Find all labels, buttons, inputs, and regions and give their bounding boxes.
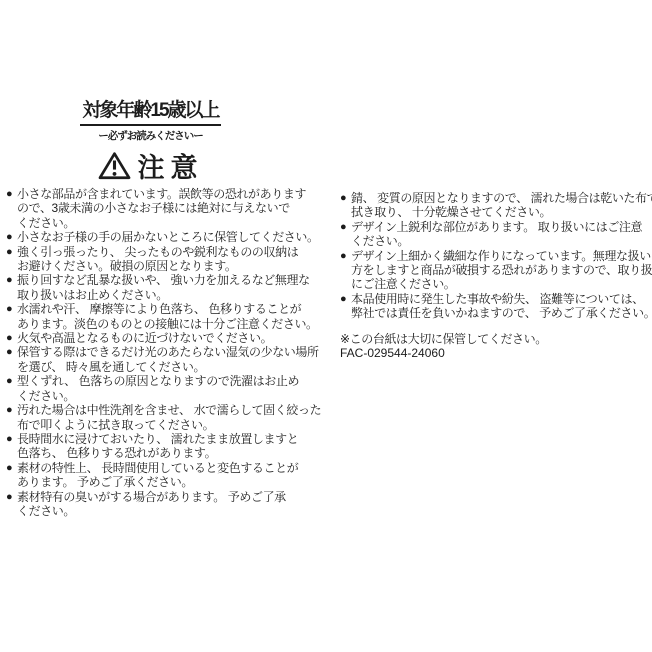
bullet-marker: ● [6,187,17,201]
warning-text: 小さなお子様の手の届かないところに保管してください。 [17,230,319,244]
caution-heading: 注意 [68,146,233,185]
bullet-marker: ● [340,249,351,263]
warning-item: ●素材の特性上、 長時間使用していると変色することがあります。 予めご了承くださ… [6,461,332,490]
warning-text: 型くずれ、 色落ちの原因となりますので洗濯はお止めください。 [17,374,299,403]
warning-text: 本品使用時に発生した事故や紛失、 盗難等については、弊社では責任を負いかねますの… [351,292,652,321]
warning-item: ●本品使用時に発生した事故や紛失、 盗難等については、弊社では責任を負いかねます… [340,292,652,321]
age-restriction-title: 対象年齢15歳以上 [68,95,233,126]
warning-item: ●振り回すなど乱暴な扱いや、 強い力を加えるなど無理な取り扱いはお止めください。 [6,273,332,302]
keep-note: ※この台紙は大切に保管してください。 [340,332,652,346]
warning-item: ●強く引っ張ったり、 尖ったものや鋭利なものの収納はお避けください。破損の原因と… [6,245,332,274]
bullet-marker: ● [340,220,351,234]
warning-item: ●デザイン上鋭利な部位があります。 取り扱いにはご注意ください。 [340,220,652,249]
warning-text: 錆、 変質の原因となりますので、 濡れた場合は乾いた布で拭き取り、 十分乾燥させ… [351,191,652,220]
bullet-marker: ● [6,403,17,417]
warning-text: 素材特有の臭いがする場合があります。 予めご了承ください。 [17,490,286,519]
warning-text: 長時間水に浸けておいたり、 濡れたまま放置しますと色落ち、 色移りする恐れがあり… [17,432,298,461]
warning-text: デザイン上細かく繊細な作りになっています。無理な扱い方をしますと商品が破損する恐… [351,249,652,292]
bullet-marker: ● [6,345,17,359]
warning-text: 火気や高温となるものに近づけないでください。 [17,331,272,345]
bullet-marker: ● [6,490,17,504]
warnings-right-list: ●錆、 変質の原因となりますので、 濡れた場合は乾いた布で拭き取り、 十分乾燥さ… [340,191,652,321]
warning-text: 汚れた場合は中性洗剤を含ませ、 水で濡らして固く絞った布で叩くように拭き取ってく… [17,403,321,432]
warning-item: ●水濡れや汗、 摩擦等により色落ち、 色移りすることがあります。淡色のものとの接… [6,302,332,331]
warning-item: ●型くずれ、 色落ちの原因となりますので洗濯はお止めください。 [6,374,332,403]
warning-item: ●火気や高温となるものに近づけないでください。 [6,331,332,345]
warnings-column-right: ●錆、 変質の原因となりますので、 濡れた場合は乾いた布で拭き取り、 十分乾燥さ… [340,191,652,360]
bullet-marker: ● [6,230,17,244]
read-note: ー必ずお読みくださいー [68,128,233,143]
header: 対象年齢15歳以上 ー必ずお読みくださいー 注意 [68,95,233,185]
warning-item: ●デザイン上細かく繊細な作りになっています。無理な扱い方をしますと商品が破損する… [340,249,652,292]
age-restriction-label: 対象年齢15歳以上 [80,95,220,126]
bullet-marker: ● [6,374,17,388]
caution-title: 注意 [138,146,204,185]
warnings-column-left: ●小さな部品が含まれています。誤飲等の恐れがありますので、3歳未満の小さなお子様… [6,187,332,518]
warning-text: デザイン上鋭利な部位があります。 取り扱いにはご注意ください。 [351,220,642,249]
warning-item: ●汚れた場合は中性洗剤を含ませ、 水で濡らして固く絞った布で叩くように拭き取って… [6,403,332,432]
warning-item: ●小さなお子様の手の届かないところに保管してください。 [6,230,332,244]
warning-text: 小さな部品が含まれています。誤飲等の恐れがありますので、3歳未満の小さなお子様に… [17,187,306,230]
warning-triangle-icon [98,151,131,180]
warning-text: 振り回すなど乱暴な扱いや、 強い力を加えるなど無理な取り扱いはお止めください。 [17,273,310,302]
warning-item: ●錆、 変質の原因となりますので、 濡れた場合は乾いた布で拭き取り、 十分乾燥さ… [340,191,652,220]
warning-text: 保管する際はできるだけ光のあたらない湿気の少ない場所を選び、 時々風を通してくだ… [17,345,319,374]
warning-text: 素材の特性上、 長時間使用していると変色することがあります。 予めご了承ください… [17,461,298,490]
product-code: FAC-029544-24060 [340,346,652,360]
bullet-marker: ● [340,292,351,306]
warning-item: ●小さな部品が含まれています。誤飲等の恐れがありますので、3歳未満の小さなお子様… [6,187,332,230]
caution-card: 対象年齢15歳以上 ー必ずお読みくださいー 注意 ●小さな部品が含まれています。… [0,0,652,652]
bullet-marker: ● [6,432,17,446]
bullet-marker: ● [6,273,17,287]
bullet-marker: ● [6,461,17,475]
warning-text: 強く引っ張ったり、 尖ったものや鋭利なものの収納はお避けください。破損の原因とな… [17,245,298,274]
bullet-marker: ● [6,331,17,345]
bullet-marker: ● [6,245,17,259]
bullet-marker: ● [340,191,351,205]
warning-item: ●保管する際はできるだけ光のあたらない湿気の少ない場所を選び、 時々風を通してく… [6,345,332,374]
warning-text: 水濡れや汗、 摩擦等により色落ち、 色移りすることがあります。淡色のものとの接触… [17,302,318,331]
bullet-marker: ● [6,302,17,316]
warning-item: ●長時間水に浸けておいたり、 濡れたまま放置しますと色落ち、 色移りする恐れがあ… [6,432,332,461]
warning-item: ●素材特有の臭いがする場合があります。 予めご了承ください。 [6,490,332,519]
